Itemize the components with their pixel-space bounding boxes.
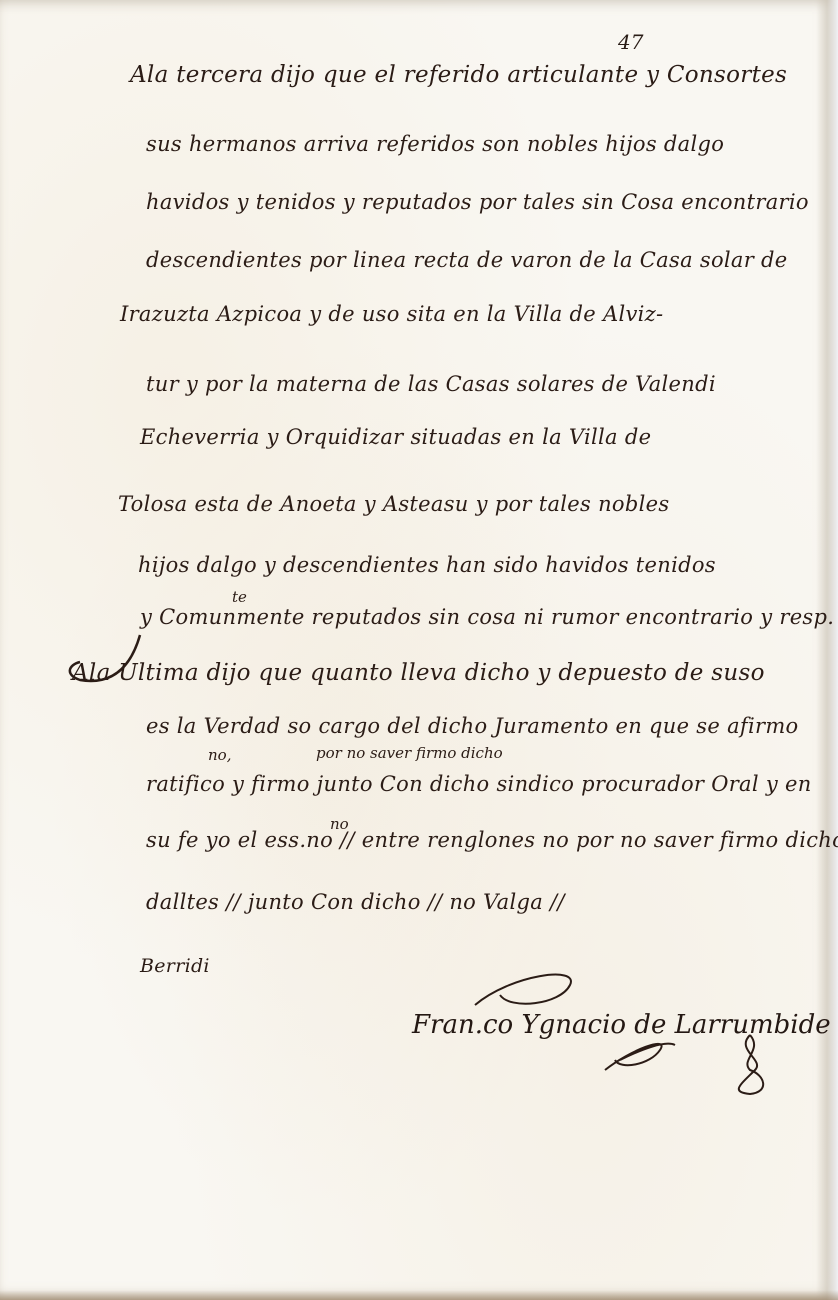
interlinear-superscript: te bbox=[232, 588, 247, 606]
manuscript-line-11: Ala Ultima dijo que quanto lleva dicho y… bbox=[72, 660, 765, 686]
rubric-flourish-icon bbox=[600, 1030, 680, 1080]
manuscript-line-2: sus hermanos arriva referidos son nobles… bbox=[146, 132, 724, 156]
manuscript-line-15: dalltes // junto Con dicho // no Valga /… bbox=[146, 890, 565, 914]
manuscript-line-12: es la Verdad so cargo del dicho Jurament… bbox=[146, 714, 799, 738]
manuscript-line-7: Echeverria y Orquidizar situadas en la V… bbox=[140, 425, 651, 449]
manuscript-line-13: ratifico y firmo junto Con dicho sindico… bbox=[146, 772, 812, 796]
folio-number: 47 bbox=[618, 30, 643, 54]
manuscript-line-8: Tolosa esta de Anoeta y Asteasu y por ta… bbox=[118, 492, 669, 516]
manuscript-line-3: havidos y tenidos y reputados por tales … bbox=[146, 190, 809, 214]
manuscript-page: 47 Ala tercera dijo que el referido arti… bbox=[0, 0, 838, 1300]
manuscript-line-6: tur y por la materna de las Casas solare… bbox=[146, 372, 716, 396]
interlinear-insertion: por no saver firmo dicho bbox=[316, 744, 503, 762]
manuscript-line-1: Ala tercera dijo que el referido articul… bbox=[130, 62, 787, 88]
manuscript-line-10: y Comunmente reputados sin cosa ni rumor… bbox=[140, 605, 834, 629]
manuscript-line-16: Berridi bbox=[140, 955, 210, 977]
manuscript-line-5: Irazuzta Azpicoa y de uso sita en la Vil… bbox=[120, 302, 663, 326]
manuscript-line-4: descendientes por linea recta de varon d… bbox=[146, 248, 788, 272]
rubric-loop-icon bbox=[725, 1030, 775, 1100]
margin-flourish-icon bbox=[60, 630, 150, 690]
manuscript-line-14: su fe yo el ess.no // entre renglones no… bbox=[146, 828, 838, 852]
signature-flourish-icon bbox=[470, 965, 590, 1015]
interlinear-insertion-no: no, bbox=[208, 746, 231, 764]
page-bottom-edge bbox=[0, 1290, 838, 1300]
manuscript-line-9: hijos dalgo y descendientes han sido hav… bbox=[138, 553, 716, 577]
page-edge-shadow bbox=[816, 0, 838, 1300]
line-13-text: ratifico y firmo junto Con dicho sindico… bbox=[146, 772, 812, 796]
